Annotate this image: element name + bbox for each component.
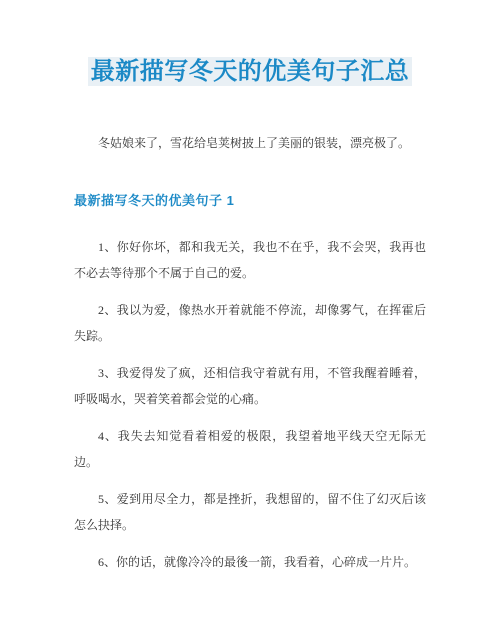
sentence-item-4: 4、我失去知觉看着相爱的极限，我望着地平线天空无际无边。 — [74, 423, 426, 475]
document-title-text: 最新描写冬天的优美句子汇总 — [88, 57, 413, 86]
sentence-item-2: 2、我以为爱，像热水开着就能不停流，却像雾气，在挥霍后失踪。 — [74, 297, 426, 349]
section-heading: 最新描写冬天的优美句子 1 — [74, 188, 426, 214]
sentence-item-3: 3、我爱得发了疯，还相信我守着就有用，不管我醒着睡着，呼吸喝水，哭着笑着都会觉的… — [74, 360, 426, 412]
document-title: 最新描写冬天的优美句子汇总 — [74, 56, 426, 88]
sentence-item-1: 1、你好你坏，都和我无关，我也不在乎，我不会哭，我再也不必去等待那个不属于自己的… — [74, 234, 426, 286]
sentence-item-6: 6、你的话，就像冷冷的最後一箭，我看着，心碎成一片片。 — [74, 549, 426, 575]
intro-paragraph: 冬姑娘来了，雪花给皂荚树披上了美丽的银装，漂亮极了。 — [74, 130, 426, 156]
document-page: 最新描写冬天的优美句子汇总 冬姑娘来了，雪花给皂荚树披上了美丽的银装，漂亮极了。… — [0, 0, 500, 637]
sentence-item-5: 5、爱到用尽全力，都是挫折，我想留的，留不住了幻灭后该怎么抉择。 — [74, 486, 426, 538]
page-content: 最新描写冬天的优美句子汇总 冬姑娘来了，雪花给皂荚树披上了美丽的银装，漂亮极了。… — [0, 0, 500, 575]
